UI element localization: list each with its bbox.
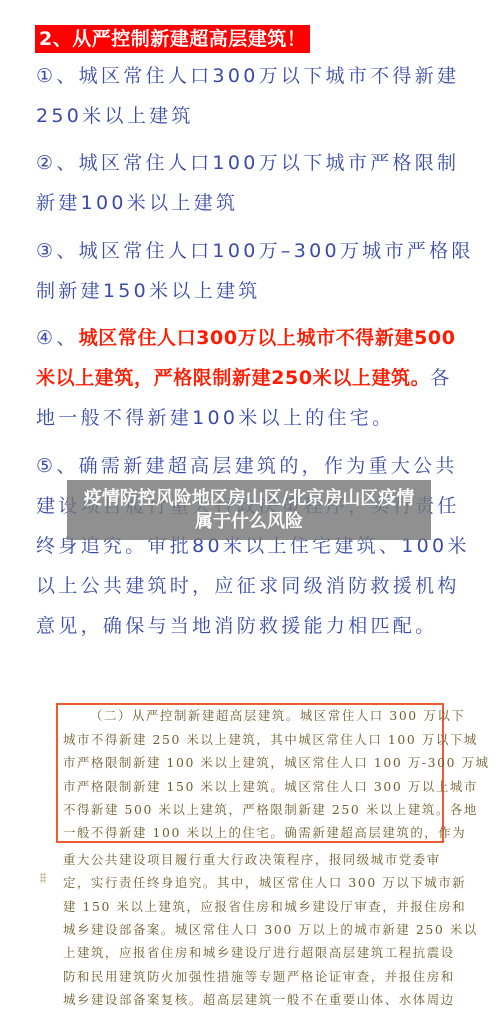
item-2-line-1: ②、城区常住人口100万以下城市严格限制 xyxy=(36,150,459,176)
doc-boxed-line-1: （二）从严控制新建超高层建筑。城区常住人口 300 万以下 xyxy=(90,705,465,727)
item-5-line-4: 以上公共建筑时，应征求同级消防救援机构 xyxy=(36,573,460,599)
article-title[interactable]: 疫情防控风险地区房山区/北京房山区疫情属于什么风险 xyxy=(67,487,431,533)
doc-boxed-line-6: 一般不得新建 100 米以上的住宅。确需新建超高层建筑的，作为 xyxy=(63,822,466,844)
drag-handle-icon[interactable] xyxy=(40,873,46,883)
doc-boxed-line-3: 市严格限制新建 100 米以上建筑，城区常住人口 100 万-300 万城 xyxy=(63,752,490,774)
item-4-prefix: ④、 xyxy=(36,327,79,349)
item-3-line-1: ③、城区常住人口100万–300万城市严格限 xyxy=(36,238,474,264)
section-heading: 2、从严控制新建超高层建筑！ xyxy=(35,25,310,53)
doc-line-1: 重大公共建设项目履行重大行政决策程序，报同级城市党委审 xyxy=(63,849,441,871)
item-3-line-2: 制新建150米以上建筑 xyxy=(36,278,261,304)
doc-boxed-line-5: 不得新建 500 米以上建筑，严格限制新建 250 米以上建筑。各地 xyxy=(63,799,478,821)
doc-line-7: 城乡建设部备案复核。超高层建筑一般不在重要山体、水体周边 xyxy=(63,989,455,1011)
item-4-highlight-2: 米以上建筑，严格限制新建250米以上建筑。 xyxy=(36,367,430,389)
doc-boxed-line-2: 城市不得新建 250 米以上建筑，其中城区常住人口 100 万以下城 xyxy=(63,729,478,751)
item-2-line-2: 新建100米以上建筑 xyxy=(36,190,238,216)
item-1-line-2: 250米以上建筑 xyxy=(36,103,194,129)
doc-line-3: 建 150 米以上建筑，应报省住房和城乡建设厅审查，并报住房和 xyxy=(63,896,466,918)
doc-line-6: 防和民用建筑防火加强性措施等专题严格论证审查，并报住房和 xyxy=(63,966,455,988)
item-5-line-1: ⑤、确需新建超高层建筑的，作为重大公共 xyxy=(36,453,458,479)
doc-line-5: 上建筑，应报省住房和城乡建设厅进行超限高层建筑工程抗震设 xyxy=(63,942,455,964)
item-4-line-3: 地一般不得新建100米以上的住宅。 xyxy=(36,405,394,431)
item-4-tail: 各 xyxy=(430,367,452,389)
item-1-line-1: ①、城区常住人口300万以下城市不得新建 xyxy=(36,63,459,89)
article-title-overlay[interactable]: 疫情防控风险地区房山区/北京房山区疫情属于什么风险 xyxy=(67,480,431,540)
infographic-section: 2、从严控制新建超高层建筑！ ①、城区常住人口300万以下城市不得新建 250米… xyxy=(0,0,500,680)
item-4-highlight-1: 城区常住人口300万以上城市不得新建500 xyxy=(79,327,456,349)
item-5-line-5: 意见，确保与当地消防救援能力相匹配。 xyxy=(36,613,437,639)
item-4-line-2: 米以上建筑，严格限制新建250米以上建筑。各 xyxy=(36,365,453,391)
doc-line-4: 城乡建设部备案。城区常住人口 300 万以上的城市新建 250 米以 xyxy=(63,919,478,941)
doc-boxed-line-4: 市严格限制新建 150 米以上建筑。城区常住人口 300 万以上城市 xyxy=(63,776,478,798)
doc-line-2: 定，实行责任终身追究。其中，城区常住人口 300 万以下城市新 xyxy=(63,872,466,894)
item-4-line-1: ④、城区常住人口300万以上城市不得新建500 xyxy=(36,325,456,351)
